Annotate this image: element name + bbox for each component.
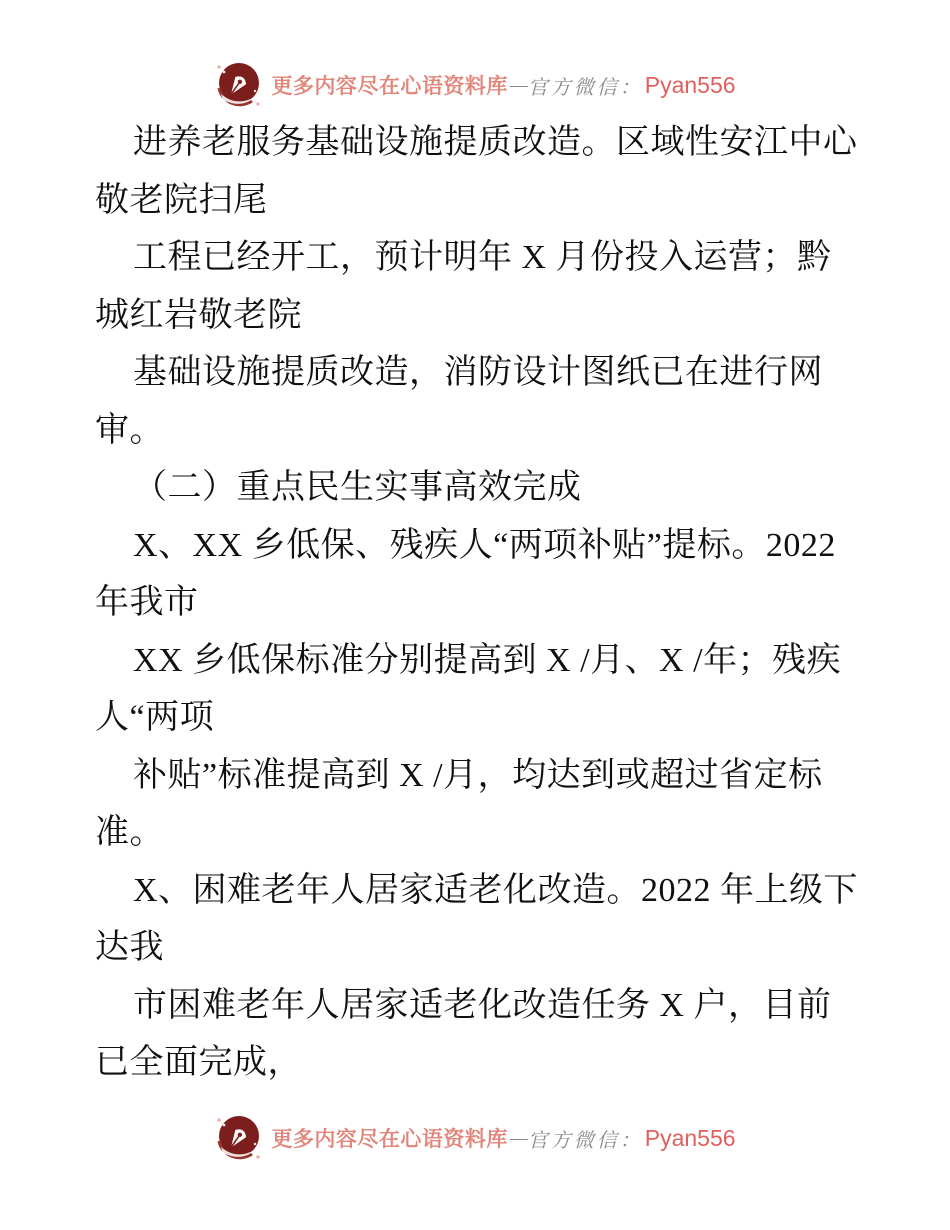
pen-nib-logo-icon [214, 60, 262, 110]
pen-nib-logo-icon [214, 1113, 262, 1163]
watermark-channel-label: 官方微信： [528, 71, 643, 100]
text-line: 进养老服务基础设施提质改造。区域性安江中心 [95, 114, 875, 172]
text-line: 准。 [95, 804, 875, 862]
text-line: 补贴”标准提高到 X /月，均达到或超过省定标 [95, 747, 875, 805]
watermark-channel-label: 官方微信： [528, 1124, 643, 1153]
text-line: 达我 [95, 919, 875, 977]
text-line: （二）重点民生实事高效完成 [95, 459, 875, 517]
footer-watermark: 更多内容尽在心语资料库 — 官方微信： Pyan556 [0, 1113, 950, 1163]
watermark-separator: — [510, 1127, 528, 1150]
watermark-separator: — [510, 74, 528, 97]
document-body: 进养老服务基础设施提质改造。区域性安江中心敬老院扫尾工程已经开工，预计明年 X … [95, 114, 875, 1092]
text-line: 审。 [95, 402, 875, 460]
text-line: X、XX 乡低保、残疾人“两项补贴”提标。2022 [95, 517, 875, 575]
text-line: 市困难老年人居家适老化改造任务 X 户，目前 [95, 977, 875, 1035]
text-line: 城红岩敬老院 [95, 287, 875, 345]
watermark-brand-text: 更多内容尽在心语资料库 [271, 70, 508, 100]
text-line: 人“两项 [95, 689, 875, 747]
text-line: 基础设施提质改造，消防设计图纸已在进行网 [95, 344, 875, 402]
text-line: X、困难老年人居家适老化改造。2022 年上级下 [95, 862, 875, 920]
text-line: XX 乡低保标准分别提高到 X /月、X /年；残疾 [95, 632, 875, 690]
watermark-channel-value: Pyan556 [645, 1125, 736, 1152]
header-watermark: 更多内容尽在心语资料库 — 官方微信： Pyan556 [0, 60, 950, 110]
text-line: 敬老院扫尾 [95, 172, 875, 230]
text-line: 已全面完成， [95, 1034, 875, 1092]
watermark-channel-value: Pyan556 [645, 72, 736, 99]
watermark-brand-text: 更多内容尽在心语资料库 [271, 1123, 508, 1153]
text-line: 工程已经开工，预计明年 X 月份投入运营；黔 [95, 229, 875, 287]
text-line: 年我市 [95, 574, 875, 632]
